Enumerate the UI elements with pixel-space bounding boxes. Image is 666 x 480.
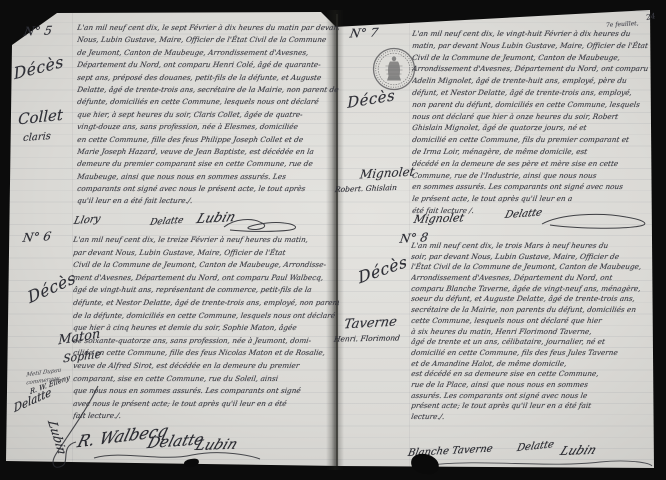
manuscript-line: matin, par devant Nous Lubin Gustave, Ma…: [412, 40, 653, 52]
manuscript-line: L'an mil neuf cent dix, le treize Févrie…: [73, 234, 339, 247]
manuscript-line: Maubeuge, ainsi que nous nous en sommes …: [77, 171, 339, 183]
act-7-body-text: L'an mil neuf cent dix, le vingt-huit Fé…: [412, 28, 653, 217]
manuscript-line: et de Amandine Halot, de même domicile,: [411, 359, 654, 370]
manuscript-line: demeure du premier comparant sise en cet…: [77, 158, 339, 170]
manuscript-line: Ghislain Mignolet, âgé de quatorze jours…: [412, 122, 653, 134]
manuscript-line: Civil de la Commune de Jeumont, Canton d…: [73, 259, 339, 272]
manuscript-line: soeur du défunt, et Auguste Delatte, âgé…: [411, 294, 654, 305]
page-number: 24: [645, 11, 656, 22]
manuscript-line: L'an mil neuf cent dix, le sept Février …: [77, 22, 339, 34]
manuscript-line: âgé de vingt-huit ans, représentant de c…: [73, 284, 339, 297]
manuscript-line: ment d'Avesnes, Département du Nord, ont…: [73, 272, 339, 285]
signature-officer-paraph: Lubin: [194, 210, 237, 227]
manuscript-line: comparu Blanche Taverne, âgée de vingt-n…: [411, 284, 654, 295]
manuscript-line: Adelin Mignolet, âgé de trente-huit ans,…: [412, 75, 653, 87]
manuscript-line: soir, par devant Nous, Lubin Gustave, Ma…: [411, 252, 654, 263]
manuscript-line: en sommes assurés. Les comparants ont si…: [412, 181, 653, 193]
official-seal-icon: [371, 46, 417, 92]
manuscript-line: non parent du défunt, domiciliés en cett…: [412, 99, 653, 111]
manuscript-line: comparant, sise en cette Commune, rue du…: [73, 373, 339, 386]
manuscript-line: défunt, et Nestor Delatte, âgé de trente…: [412, 87, 653, 99]
manuscript-line: de Irma Loir, ménagère, de même domicile…: [412, 146, 653, 158]
manuscript-line: le présent acte, le tout après qu'il leu…: [412, 193, 653, 205]
deceased-name-taverne: Taverne: [343, 315, 398, 333]
manuscript-line: défunte, domiciliés en cette Commune, le…: [77, 96, 339, 108]
manuscript-line: Commune, rue de l'Industrie, ainsi que n…: [412, 170, 653, 182]
manuscript-line: Marie Joseph Hazard, veuve de Jean Bapti…: [77, 146, 339, 158]
manuscript-line: de la défunte, domiciliés en cette Commu…: [73, 310, 339, 323]
ink-blob: [184, 458, 200, 468]
manuscript-line: assurés. Les comparants ont signé avec n…: [411, 391, 654, 402]
manuscript-line: comparants ont signé avec nous le présen…: [77, 183, 339, 195]
manuscript-line: de soixante-quatorze ans, sans professio…: [73, 335, 339, 348]
act-6-body-text: L'an mil neuf cent dix, le treize Févrie…: [73, 234, 339, 423]
signature-officer-paraph: Lubin: [193, 436, 240, 454]
act-8-body-text: L'an mil neuf cent dix, le trois Mars à …: [411, 241, 654, 423]
manuscript-line: nous ont déclaré que hier à onze heures …: [412, 111, 653, 123]
manuscript-line: par devant Nous, Lubin Gustave, Maire, O…: [73, 247, 339, 260]
manuscript-line: l'État Civil de la Commune de Jeumont, C…: [411, 262, 654, 273]
manuscript-line: qu'il leur en a été fait lecture./.: [77, 195, 339, 207]
manuscript-line: L'an mil neuf cent dix, le trois Mars à …: [411, 241, 654, 252]
manuscript-line: Arrondissement d'Avesnes, Département du…: [412, 63, 653, 75]
manuscript-line: ciliée en cette Commune, fille des feus …: [73, 347, 339, 360]
manuscript-line: âgé de trente et un ans, célibataire, jo…: [411, 337, 654, 348]
manuscript-line: cette Commune, lesquels nous ont déclaré…: [411, 316, 654, 327]
signature: Mignolet: [413, 211, 466, 226]
manuscript-line: Département du Nord, ont comparu Henri C…: [77, 59, 339, 71]
manuscript-line: défunte, et Nestor Delatte, âgé de trent…: [73, 297, 339, 310]
manuscript-line: L'an mil neuf cent dix, le vingt-huit Fé…: [412, 28, 653, 40]
manuscript-line: domicilié en cette Commune, fils des feu…: [411, 348, 654, 359]
manuscript-line: Nous, Lubin Gustave, Maire, Officier de …: [77, 34, 339, 46]
manuscript-line: décédé en la demeure de ses père et mère…: [412, 158, 653, 170]
manuscript-line: vingt-douze ans, sans profession, née à …: [77, 121, 339, 133]
manuscript-line: sept ans, préposé des douanes, petit-fil…: [77, 72, 339, 84]
manuscript-line: que nous nous en sommes assurés. Les com…: [73, 385, 339, 398]
manuscript-line: lecture./.: [411, 412, 654, 423]
deceased-firstname-claris: claris: [23, 131, 52, 144]
manuscript-line: présent acte; le tout après qu'il leur e…: [411, 401, 654, 412]
act-number-5: N° 5: [23, 24, 54, 39]
act-number-7: N° 7: [349, 26, 380, 41]
manuscript-line: est décédé en sa demeure sise en cette C…: [411, 369, 654, 380]
manuscript-line: secrétaire de la Mairie, non parents du …: [411, 305, 654, 316]
manuscript-line: à six heures du matin, Henri Florimond T…: [411, 327, 654, 338]
manuscript-line: Civil de la Commune de Jeumont, Canton d…: [412, 52, 653, 64]
manuscript-line: avec nous le présent acte; le tout après…: [73, 398, 339, 411]
manuscript-line: en cette Commune, fille des feus Philipp…: [77, 134, 339, 146]
manuscript-line: rue de la Place, ainsi que nous nous en …: [411, 380, 654, 391]
manuscript-line: domicilié en cette Commune, fils du prem…: [412, 134, 653, 146]
act-number-6: N° 6: [22, 229, 52, 244]
act-5-body-text: L'an mil neuf cent dix, le sept Février …: [77, 22, 339, 208]
deceased-firstname-henri-florimond: Henri. Florimond: [333, 333, 400, 343]
deceased-name-mignolet: Mignolet: [359, 165, 415, 182]
register-scan: N° 5 Décès Collet claris N° 6 Décès Mato…: [0, 0, 666, 480]
manuscript-line: que hier, à sept heures du soir, Claris …: [77, 109, 339, 121]
manuscript-line: que hier à cinq heures et demie du soir,…: [73, 322, 339, 335]
manuscript-line: de Jeumont, Canton de Maubeuge, Arrondis…: [77, 47, 339, 59]
manuscript-line: Delatte, âgé de trente-trois ans, secrét…: [77, 84, 339, 96]
manuscript-line: fait lecture./.: [73, 410, 339, 423]
manuscript-line: Arrondissement d'Avesnes, Département du…: [411, 273, 654, 284]
manuscript-line: veuve de Alfred Sirot, est décédée en la…: [73, 360, 339, 373]
signature-officer-paraph: Lubin: [558, 443, 599, 458]
